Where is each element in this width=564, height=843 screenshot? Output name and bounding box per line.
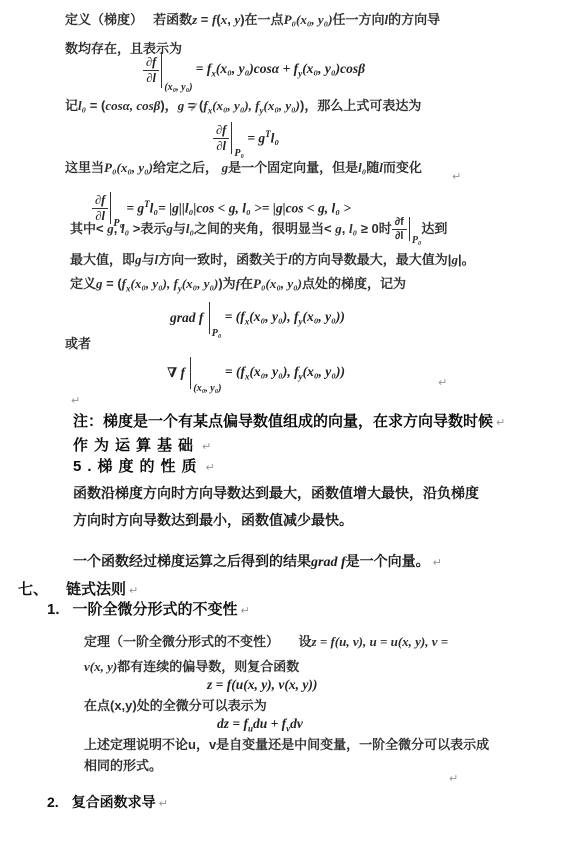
conclusion-line2: 相同的形式。: [84, 758, 162, 774]
formula-gt-l0: ∂f∂lP₀ = gTl₀: [213, 122, 279, 154]
formula-grad-f: grad f P₀ = (fx(x₀, y₀), fy(x₀, y₀)): [170, 302, 345, 334]
property-line2: 方向时方向导数达到最小，函数值减少最快。: [73, 512, 353, 530]
chain-rule-heading: 七、链式法则↵: [18, 581, 138, 600]
paragraph-mark: ↵: [449, 772, 458, 785]
fixed-vector-line: 这里当P₀(x₀, y₀)给定之后， g是一个固定向量，但是l₀随l而变化: [65, 160, 422, 176]
subheading-composite-derivative: 2.复合函数求导↵: [47, 794, 168, 812]
property-line1: 函数沿梯度方向时方向导数达到最大，函数值增大最快，沿负梯度: [73, 485, 479, 503]
note-line2: 作为运算基础↵: [73, 437, 211, 456]
paragraph-mark: ↵: [129, 584, 138, 597]
paragraph-mark: ↵: [438, 376, 447, 389]
theorem-line1: 定理（一阶全微分形式的不变性） 设z = f(u, v), u = u(x, y…: [84, 634, 448, 650]
total-differential-line: 在点(x,y)处的全微分可以表示为: [84, 698, 267, 714]
formula-composite-function: z = f(u(x, y), v(x, y)): [207, 677, 317, 693]
or-line: 或者: [65, 336, 91, 352]
vector-notation-line: 记l₀ = (cosα, cosβ)，g = (fx(x₀, y₀), fy(x…: [65, 98, 421, 117]
paragraph-mark: ↵: [241, 604, 250, 617]
grad-result-line: 一个函数经过梯度运算之后得到的结果grad f是一个向量。↵: [73, 553, 442, 572]
conclusion-line1: 上述定理说明不论u，v是自变量还是中间变量，一阶全微分可以表示成: [84, 737, 489, 753]
note-line1: 注：梯度是一个有某点偏导数值组成的向量，在求方向导数时候↵: [73, 413, 505, 432]
max-value-line: 最大值，即g与l方向一致时，函数关于l的方向导数最大，最大值为|g|。: [70, 252, 475, 268]
gradient-def-line1: 定义（梯度） 若函数z = f(x, y)在一点P₀(x₀, y₀)任一方向l的…: [65, 12, 440, 28]
theorem-line2: v(x, y)都有连续的偏导数，则复合函数: [84, 659, 299, 675]
paragraph-mark: ↵: [433, 556, 442, 569]
formula-directional-derivative: ∂f∂l(x₀, y₀) = fx(x₀, y₀)cosα + fy(x₀, y…: [143, 52, 365, 88]
paragraph-mark: ↵: [71, 394, 80, 407]
gradient-properties-heading: 5.梯度的性质↵: [73, 458, 215, 477]
angle-explain-line: 其中< g, l₀ >表示g与l₀之间的夹角，很明显当< g, l₀ ≥ 0时∂…: [70, 216, 447, 242]
paragraph-mark: ↵: [206, 461, 215, 474]
formula-nabla-f: ∇ f (x₀, y₀) = (fx(x₀, y₀), fy(x₀, y₀)): [167, 357, 345, 389]
subheading-differential-invariance: 1.一阶全微分形式的不变性↵: [47, 601, 250, 620]
paragraph-mark: ↵: [452, 170, 461, 183]
formula-dz: dz = fudu + fvdv: [217, 716, 303, 734]
document-page: 定义（梯度） 若函数z = f(x, y)在一点P₀(x₀, y₀)任一方向l的…: [0, 0, 564, 843]
paragraph-mark: ↵: [159, 797, 168, 810]
gradient-naming-line: 定义g = (fx(x₀, y₀), fy(x₀, y₀))为f在P₀(x₀, …: [70, 276, 406, 295]
paragraph-mark: ↵: [496, 416, 505, 429]
paragraph-mark: ↵: [202, 440, 211, 453]
